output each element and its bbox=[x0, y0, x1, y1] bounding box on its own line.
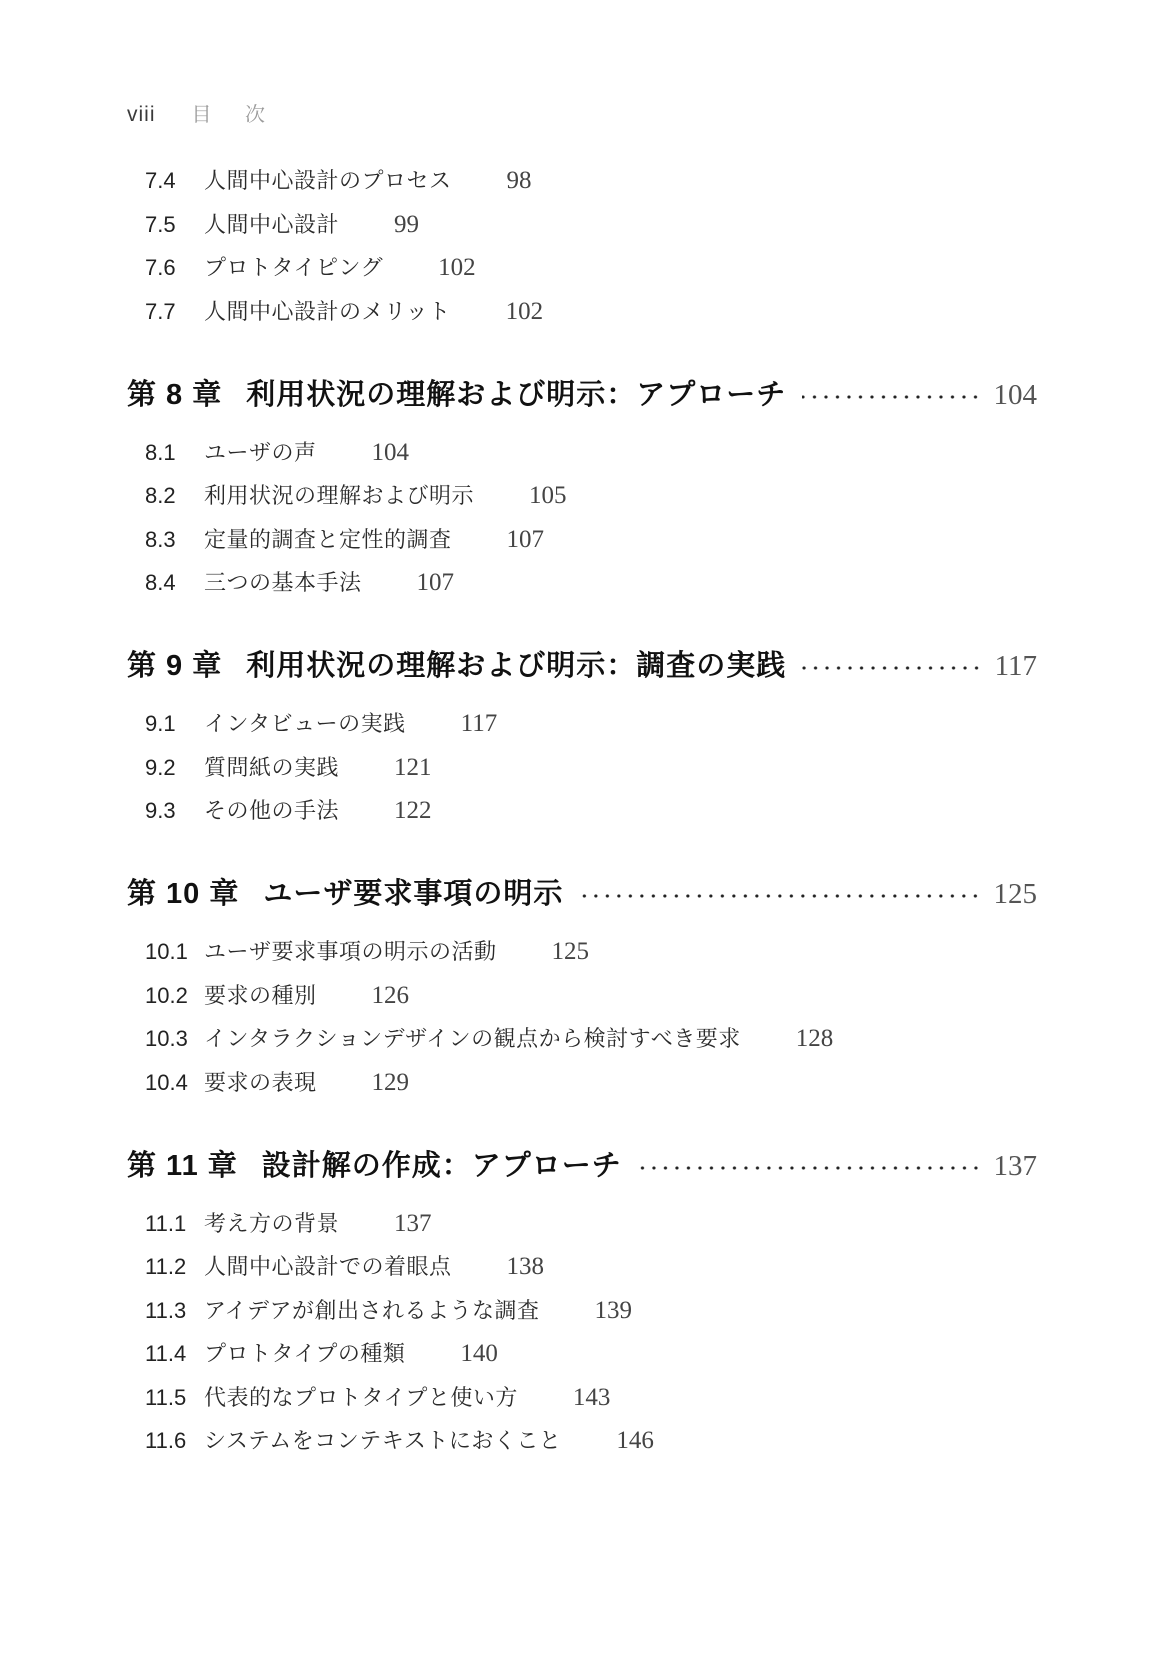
item-number: 10.1 bbox=[145, 937, 204, 967]
item-title: ユーザの声 bbox=[204, 438, 317, 468]
item-page-number: 99 bbox=[394, 210, 419, 240]
item-page-number: 138 bbox=[507, 1252, 545, 1282]
toc-item: 11.3 アイデアが創出されるような調査 139 bbox=[145, 1296, 1037, 1326]
dot-leader bbox=[802, 663, 982, 673]
dot-leader bbox=[802, 392, 981, 402]
item-number: 8.2 bbox=[145, 481, 204, 511]
chapter-title: 設計解の作成：アプローチ bbox=[262, 1146, 622, 1186]
toc-item: 11.1 考え方の背景 137 bbox=[145, 1209, 1037, 1239]
chapter-label: 第 8 章 bbox=[127, 375, 222, 415]
item-title: 人間中心設計のプロセス bbox=[204, 166, 452, 196]
page-header: viii 目 次 bbox=[127, 103, 1037, 127]
chapter-heading: 第 9 章 利用状況の理解および明示：調査の実践 117 bbox=[127, 646, 1037, 686]
item-number: 7.6 bbox=[145, 253, 204, 283]
chapter-items-group: 8.1 ユーザの声 104 8.2 利用状況の理解および明示 105 8.3 定… bbox=[145, 438, 1037, 599]
item-page-number: 129 bbox=[372, 1068, 410, 1098]
item-number: 10.3 bbox=[145, 1024, 204, 1054]
toc-list: 7.4 人間中心設計のプロセス 98 7.5 人間中心設計 99 7.6 プロト… bbox=[127, 166, 1037, 1456]
chapter-heading: 第 10 章 ユーザ要求事項の明示 125 bbox=[127, 874, 1037, 914]
toc-item: 8.3 定量的調査と定性的調査 107 bbox=[145, 525, 1037, 555]
dot-leader bbox=[579, 891, 981, 901]
item-number: 7.7 bbox=[145, 297, 204, 327]
item-number: 9.3 bbox=[145, 796, 204, 826]
item-page-number: 121 bbox=[394, 753, 432, 783]
item-number: 7.4 bbox=[145, 166, 204, 196]
chapter-items-group: 11.1 考え方の背景 137 11.2 人間中心設計での着眼点 138 11.… bbox=[145, 1209, 1037, 1457]
chapter-items-group: 10.1 ユーザ要求事項の明示の活動 125 10.2 要求の種別 126 10… bbox=[145, 937, 1037, 1098]
dot-leader bbox=[638, 1163, 982, 1173]
toc-item: 7.4 人間中心設計のプロセス 98 bbox=[145, 166, 1037, 196]
chapter-label: 第 9 章 bbox=[127, 646, 222, 686]
item-page-number: 125 bbox=[552, 937, 590, 967]
item-number: 8.1 bbox=[145, 438, 204, 468]
toc-item: 9.1 インタビューの実践 117 bbox=[145, 709, 1037, 739]
item-title: 質問紙の実践 bbox=[204, 753, 339, 783]
item-title: ユーザ要求事項の明示の活動 bbox=[204, 937, 497, 967]
item-page-number: 140 bbox=[460, 1339, 498, 1369]
item-number: 10.4 bbox=[145, 1068, 204, 1098]
item-number: 10.2 bbox=[145, 981, 204, 1011]
item-title: プロトタイピング bbox=[204, 253, 383, 283]
item-title: 三つの基本手法 bbox=[204, 568, 362, 598]
item-number: 11.2 bbox=[145, 1252, 204, 1282]
item-page-number: 139 bbox=[595, 1296, 633, 1326]
toc-item: 7.5 人間中心設計 99 bbox=[145, 210, 1037, 240]
item-title: 人間中心設計 bbox=[204, 210, 339, 240]
item-number: 8.3 bbox=[145, 525, 204, 555]
item-title: インタビューの実践 bbox=[204, 709, 406, 739]
item-number: 11.6 bbox=[145, 1426, 204, 1456]
chapter-items-group: 9.1 インタビューの実践 117 9.2 質問紙の実践 121 9.3 その他… bbox=[145, 709, 1037, 826]
chapter-title: 利用状況の理解および明示：アプローチ bbox=[246, 375, 786, 415]
item-page-number: 117 bbox=[461, 709, 498, 739]
toc-item: 7.7 人間中心設計のメリット 102 bbox=[145, 297, 1037, 327]
item-page-number: 107 bbox=[507, 525, 545, 555]
item-page-number: 122 bbox=[394, 796, 432, 826]
item-page-number: 137 bbox=[394, 1209, 432, 1239]
toc-item: 10.2 要求の種別 126 bbox=[145, 981, 1037, 1011]
item-page-number: 146 bbox=[616, 1426, 654, 1456]
toc-item: 7.6 プロトタイピング 102 bbox=[145, 253, 1037, 283]
item-title: 人間中心設計のメリット bbox=[204, 297, 451, 327]
item-page-number: 102 bbox=[438, 253, 476, 283]
chapter-heading: 第 8 章 利用状況の理解および明示：アプローチ 104 bbox=[127, 375, 1037, 415]
chapter-label: 第 10 章 bbox=[127, 874, 239, 914]
toc-item: 11.4 プロトタイプの種類 140 bbox=[145, 1339, 1037, 1369]
item-title: 定量的調査と定性的調査 bbox=[204, 525, 452, 555]
header-title: 目 次 bbox=[192, 103, 280, 127]
item-number: 11.3 bbox=[145, 1296, 204, 1326]
item-title: その他の手法 bbox=[204, 796, 339, 826]
item-title: 人間中心設計での着眼点 bbox=[204, 1252, 452, 1282]
item-title: アイデアが創出されるような調査 bbox=[204, 1296, 540, 1326]
item-title: インタラクションデザインの観点から検討すべき要求 bbox=[204, 1024, 741, 1054]
chapter-page-number: 125 bbox=[994, 874, 1038, 914]
item-title: 利用状況の理解および明示 bbox=[204, 481, 474, 511]
chapter-page-number: 117 bbox=[995, 646, 1037, 686]
item-number: 9.2 bbox=[145, 753, 204, 783]
chapter-label: 第 11 章 bbox=[127, 1146, 238, 1186]
toc-item: 9.3 その他の手法 122 bbox=[145, 796, 1037, 826]
chapter-items-group: 7.4 人間中心設計のプロセス 98 7.5 人間中心設計 99 7.6 プロト… bbox=[145, 166, 1037, 327]
toc-item: 10.3 インタラクションデザインの観点から検討すべき要求 128 bbox=[145, 1024, 1037, 1054]
toc-item: 11.5 代表的なプロトタイプと使い方 143 bbox=[145, 1383, 1037, 1413]
item-page-number: 102 bbox=[506, 297, 544, 327]
toc-item: 10.4 要求の表現 129 bbox=[145, 1068, 1037, 1098]
item-number: 9.1 bbox=[145, 709, 204, 739]
toc-page: viii 目 次 7.4 人間中心設計のプロセス 98 7.5 人間中心設計 9… bbox=[0, 0, 1165, 1654]
item-number: 11.4 bbox=[145, 1339, 204, 1369]
chapter-page-number: 137 bbox=[994, 1146, 1038, 1186]
item-number: 11.1 bbox=[145, 1209, 204, 1239]
item-page-number: 143 bbox=[573, 1383, 611, 1413]
item-number: 7.5 bbox=[145, 210, 204, 240]
chapter-heading: 第 11 章 設計解の作成：アプローチ 137 bbox=[127, 1146, 1037, 1186]
item-title: 考え方の背景 bbox=[204, 1209, 339, 1239]
item-page-number: 107 bbox=[417, 568, 455, 598]
item-title: 要求の表現 bbox=[204, 1068, 317, 1098]
toc-item: 9.2 質問紙の実践 121 bbox=[145, 753, 1037, 783]
item-number: 11.5 bbox=[145, 1383, 204, 1413]
item-title: 代表的なプロトタイプと使い方 bbox=[204, 1383, 518, 1413]
item-page-number: 105 bbox=[529, 481, 567, 511]
toc-item: 8.4 三つの基本手法 107 bbox=[145, 568, 1037, 598]
chapter-title: ユーザ要求事項の明示 bbox=[263, 874, 563, 914]
item-title: システムをコンテキストにおくこと bbox=[204, 1426, 561, 1456]
item-title: プロトタイプの種類 bbox=[204, 1339, 405, 1369]
item-page-number: 128 bbox=[796, 1024, 834, 1054]
toc-item: 11.6 システムをコンテキストにおくこと 146 bbox=[145, 1426, 1037, 1456]
toc-item: 10.1 ユーザ要求事項の明示の活動 125 bbox=[145, 937, 1037, 967]
chapter-title: 利用状況の理解および明示：調査の実践 bbox=[246, 646, 786, 686]
item-page-number: 104 bbox=[372, 438, 410, 468]
page-number: viii bbox=[127, 103, 156, 127]
toc-item: 8.2 利用状況の理解および明示 105 bbox=[145, 481, 1037, 511]
item-page-number: 126 bbox=[372, 981, 410, 1011]
item-number: 8.4 bbox=[145, 568, 204, 598]
toc-item: 11.2 人間中心設計での着眼点 138 bbox=[145, 1252, 1037, 1282]
toc-item: 8.1 ユーザの声 104 bbox=[145, 438, 1037, 468]
chapter-page-number: 104 bbox=[994, 375, 1038, 415]
item-page-number: 98 bbox=[507, 166, 532, 196]
item-title: 要求の種別 bbox=[204, 981, 317, 1011]
